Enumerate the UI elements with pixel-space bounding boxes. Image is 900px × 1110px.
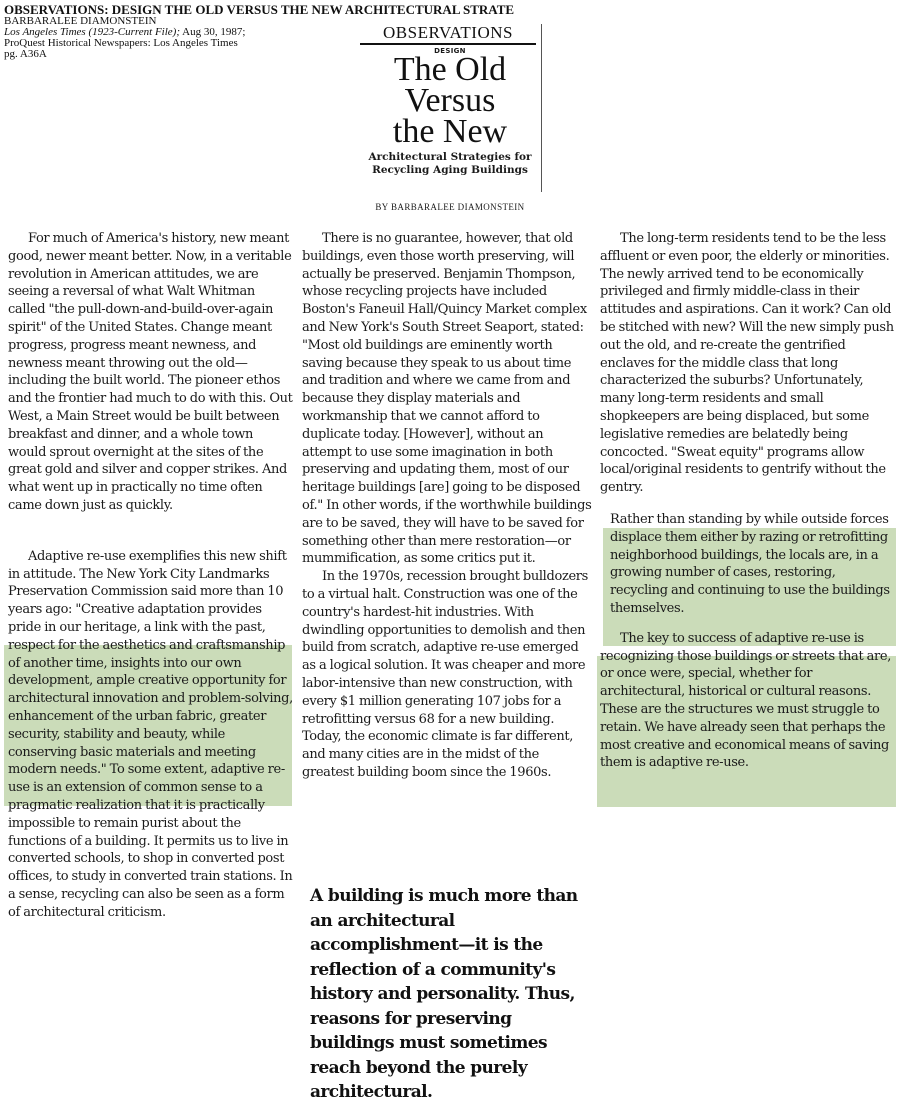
deck-line: Architectural Strategies for <box>360 151 540 164</box>
highlighted-paragraph: Rather than standing by while outside fo… <box>600 511 896 618</box>
headline-line: Versus <box>360 85 540 116</box>
paragraph: The long-term residents tend to be the l… <box>600 230 896 497</box>
paragraph: For much of America's history, new meant… <box>8 230 293 515</box>
deck: Architectural Strategies for Recycling A… <box>360 151 540 177</box>
pull-quote: A building is much more than an architec… <box>310 884 600 1105</box>
deck-line: Recycling Aging Buildings <box>360 164 540 177</box>
headline-line: the New <box>360 116 540 147</box>
paragraph-text: To some extent, adaptive re-use is an ex… <box>8 762 292 919</box>
column-kicker: OBSERVATIONS <box>360 24 536 45</box>
headline: The Old Versus the New <box>360 54 540 147</box>
paragraph: In the 1970s, recession brought bulldoze… <box>302 568 594 782</box>
article-column-1: For much of America's history, new meant… <box>8 230 293 921</box>
headline-line: The Old <box>360 54 540 85</box>
highlighted-paragraph: The key to success of adaptive re-use is… <box>600 630 896 772</box>
paragraph: There is no guarantee, however, that old… <box>302 230 594 568</box>
article-column-2: There is no guarantee, however, that old… <box>302 230 594 782</box>
byline: BY BARBARALEE DIAMONSTEIN <box>360 202 540 212</box>
masthead-vertical-rule <box>541 24 542 192</box>
article-masthead: OBSERVATIONS DESIGN The Old Versus the N… <box>360 24 540 177</box>
article-column-3: The long-term residents tend to be the l… <box>600 230 896 772</box>
paragraph: Adaptive re-use exemplifies this new shi… <box>8 548 293 922</box>
highlighted-quote: a link with the past, respect for the ae… <box>8 620 293 777</box>
